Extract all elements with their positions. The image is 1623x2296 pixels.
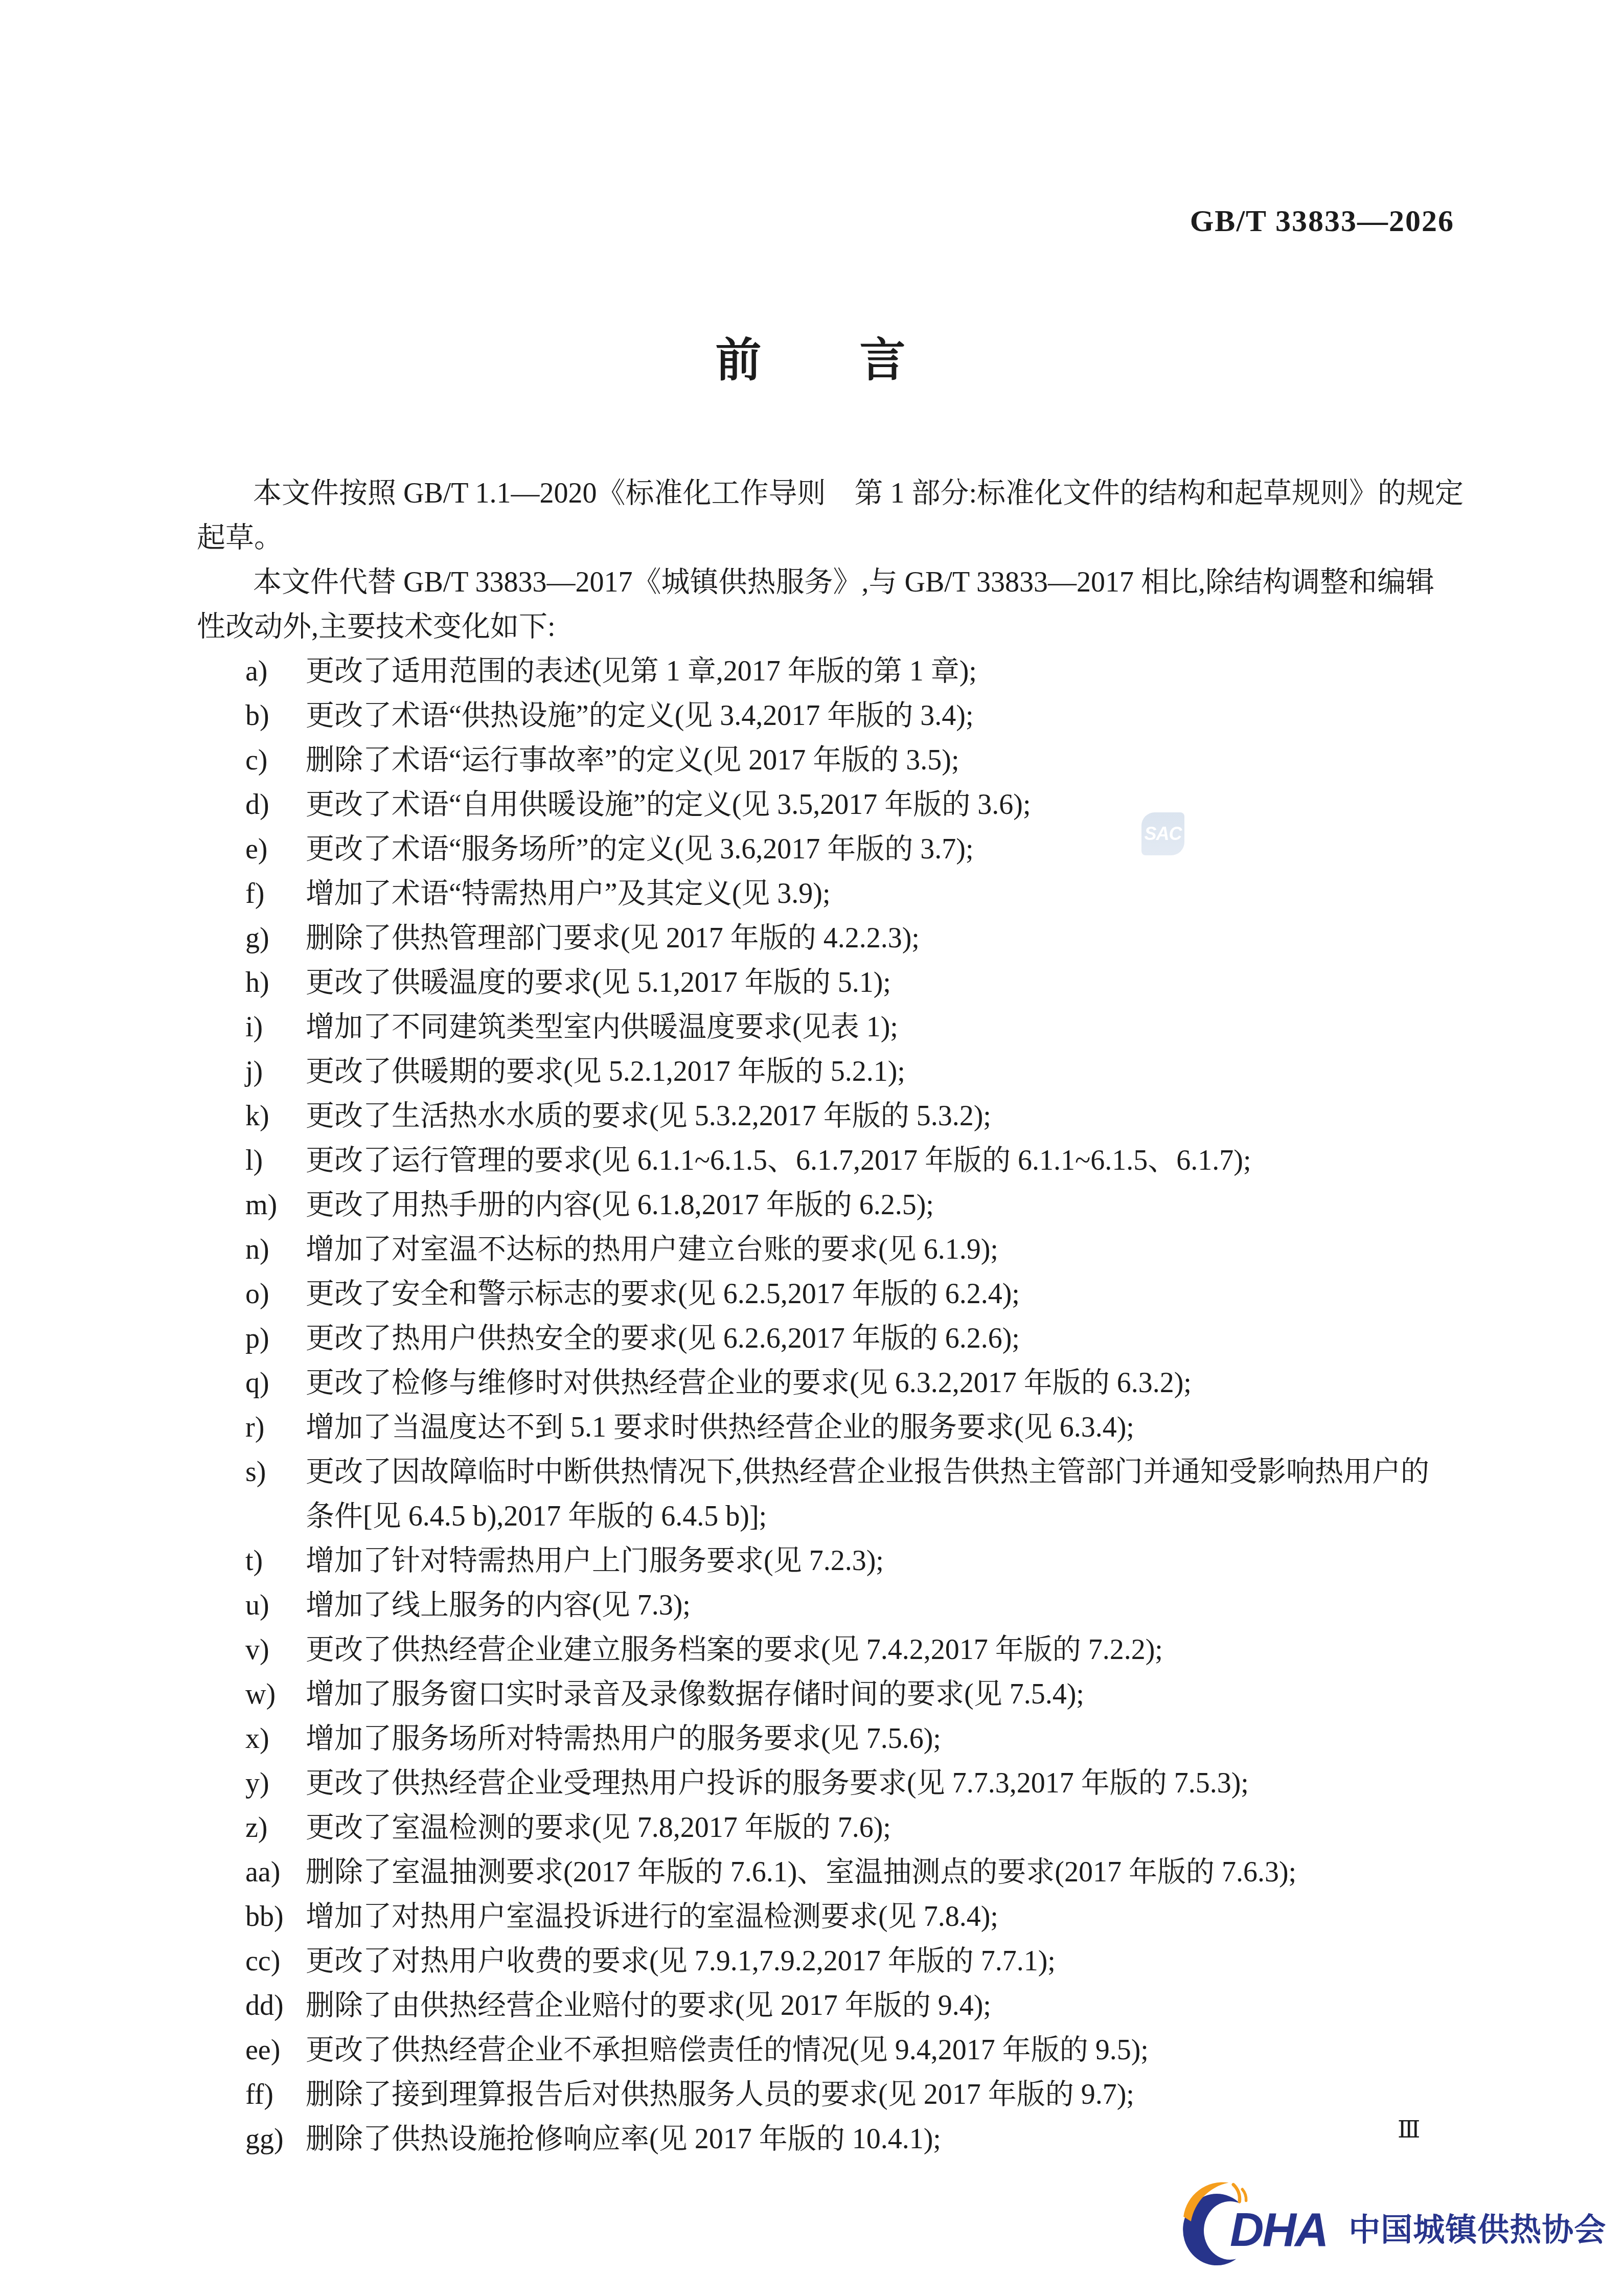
change-label: dd) [245,1984,306,2028]
change-item: z)更改了室温检测的要求(见 7.8,2017 年版的 7.6); [197,1806,1468,1850]
change-text: 增加了线上服务的内容(见 7.3); [306,1583,1468,1628]
change-text-line: 更改了供热经营企业不承担赔偿责任的情况(见 9.4,2017 年版的 9.5); [306,2028,1468,2073]
change-item: g)删除了供热管理部门要求(见 2017 年版的 4.2.2.3); [197,916,1468,961]
change-text-line: 更改了室温检测的要求(见 7.8,2017 年版的 7.6); [306,1806,1468,1850]
change-text: 更改了用热手册的内容(见 6.1.8,2017 年版的 6.2.5); [306,1183,1468,1227]
paragraph-line: 本文件代替 GB/T 33833—2017《城镇供热服务》,与 GB/T 338… [197,560,1468,605]
change-text-line: 删除了接到理算报告后对供热服务人员的要求(见 2017 年版的 9.7); [306,2073,1468,2117]
foreword-paragraph: 本文件按照 GB/T 1.1—2020《标准化工作导则 第 1 部分:标准化文件… [197,471,1468,560]
change-text: 更改了术语“服务场所”的定义(见 3.6,2017 年版的 3.7); [306,827,1468,872]
change-item: u)增加了线上服务的内容(见 7.3); [197,1583,1468,1628]
change-item: aa)删除了室温抽测要求(2017 年版的 7.6.1)、室温抽测点的要求(20… [197,1850,1468,1895]
foreword-body: 本文件按照 GB/T 1.1—2020《标准化工作导则 第 1 部分:标准化文件… [197,471,1468,2162]
change-item: l)更改了运行管理的要求(见 6.1.1~6.1.5、6.1.7,2017 年版… [197,1139,1468,1183]
change-item: x)增加了服务场所对特需热用户的服务要求(见 7.5.6); [197,1717,1468,1761]
change-item: k)更改了生活热水水质的要求(见 5.3.2,2017 年版的 5.3.2); [197,1094,1468,1139]
change-label: o) [245,1272,306,1316]
cdha-logo-name: 中国城镇供热协会 [1348,2204,1606,2250]
change-text: 更改了安全和警示标志的要求(见 6.2.5,2017 年版的 6.2.4); [306,1272,1468,1316]
change-text-line: 更改了术语“自用供暖设施”的定义(见 3.5,2017 年版的 3.6); [306,783,1468,827]
change-label: j) [245,1050,306,1094]
change-label: cc) [245,1939,306,1984]
change-label: i) [245,1005,306,1050]
change-text: 更改了供暖温度的要求(见 5.1,2017 年版的 5.1); [306,961,1468,1005]
change-item: i)增加了不同建筑类型室内供暖温度要求(见表 1); [197,1005,1468,1050]
change-item: e)更改了术语“服务场所”的定义(见 3.6,2017 年版的 3.7); [197,827,1468,872]
change-text-line: 更改了运行管理的要求(见 6.1.1~6.1.5、6.1.7,2017 年版的 … [306,1139,1468,1183]
change-text-line: 更改了供暖期的要求(见 5.2.1,2017 年版的 5.2.1); [306,1050,1468,1094]
foreword-paragraph: 本文件代替 GB/T 33833—2017《城镇供热服务》,与 GB/T 338… [197,560,1468,649]
change-text-line: 增加了针对特需热用户上门服务要求(见 7.2.3); [306,1539,1468,1583]
change-label: t) [245,1539,306,1583]
change-label: aa) [245,1850,306,1895]
change-label: l) [245,1139,306,1183]
change-text: 删除了供热管理部门要求(见 2017 年版的 4.2.2.3); [306,916,1468,961]
change-label: c) [245,738,306,783]
cdha-logo: DHA 中国城镇供热协会 [1176,2179,1606,2268]
change-text: 更改了检修与维修时对供热经营企业的要求(见 6.3.2,2017 年版的 6.3… [306,1361,1468,1405]
change-text: 增加了不同建筑类型室内供暖温度要求(见表 1); [306,1005,1468,1050]
foreword-paragraphs: 本文件按照 GB/T 1.1—2020《标准化工作导则 第 1 部分:标准化文件… [197,471,1468,649]
change-text-line: 更改了供热经营企业建立服务档案的要求(见 7.4.2,2017 年版的 7.2.… [306,1628,1468,1672]
change-item: gg)删除了供热设施抢修响应率(见 2017 年版的 10.4.1); [197,2117,1468,2162]
change-text: 增加了服务窗口实时录音及录像数据存储时间的要求(见 7.5.4); [306,1672,1468,1717]
change-text-line: 更改了安全和警示标志的要求(见 6.2.5,2017 年版的 6.2.4); [306,1272,1468,1316]
change-label: k) [245,1094,306,1139]
change-text: 更改了术语“自用供暖设施”的定义(见 3.5,2017 年版的 3.6); [306,783,1468,827]
change-label: d) [245,783,306,827]
change-text: 更改了生活热水水质的要求(见 5.3.2,2017 年版的 5.3.2); [306,1094,1468,1139]
change-text-line: 增加了不同建筑类型室内供暖温度要求(见表 1); [306,1005,1468,1050]
change-item: t)增加了针对特需热用户上门服务要求(见 7.2.3); [197,1539,1468,1583]
change-text-line: 删除了室温抽测要求(2017 年版的 7.6.1)、室温抽测点的要求(2017 … [306,1850,1468,1895]
change-label: w) [245,1672,306,1717]
change-text: 更改了运行管理的要求(见 6.1.1~6.1.5、6.1.7,2017 年版的 … [306,1139,1468,1183]
change-item: cc)更改了对热用户收费的要求(见 7.9.1,7.9.2,2017 年版的 7… [197,1939,1468,1984]
doc-code: GB/T 33833—2026 [1190,203,1454,239]
change-text-line: 条件[见 6.4.5 b),2017 年版的 6.4.5 b)]; [306,1494,1468,1539]
paragraph-line: 起草。 [197,516,1468,560]
change-text: 更改了热用户供热安全的要求(见 6.2.6,2017 年版的 6.2.6); [306,1316,1468,1361]
change-text: 更改了因故障临时中断供热情况下,供热经营企业报告供热主管部门并通知受影响热用户的… [306,1450,1468,1539]
change-item: v)更改了供热经营企业建立服务档案的要求(见 7.4.2,2017 年版的 7.… [197,1628,1468,1672]
change-item: j)更改了供暖期的要求(见 5.2.1,2017 年版的 5.2.1); [197,1050,1468,1094]
change-item: d)更改了术语“自用供暖设施”的定义(见 3.5,2017 年版的 3.6); [197,783,1468,827]
change-item: q)更改了检修与维修时对供热经营企业的要求(见 6.3.2,2017 年版的 6… [197,1361,1468,1405]
change-label: ff) [245,2073,306,2117]
change-item: a)更改了适用范围的表述(见第 1 章,2017 年版的第 1 章); [197,649,1468,694]
change-label: p) [245,1316,306,1361]
change-item: h)更改了供暖温度的要求(见 5.1,2017 年版的 5.1); [197,961,1468,1005]
change-label: ee) [245,2028,306,2073]
paragraph-line: 性改动外,主要技术变化如下: [197,605,1468,649]
change-item: p)更改了热用户供热安全的要求(见 6.2.6,2017 年版的 6.2.6); [197,1316,1468,1361]
change-text: 增加了对室温不达标的热用户建立台账的要求(见 6.1.9); [306,1227,1468,1272]
change-text-line: 增加了对室温不达标的热用户建立台账的要求(见 6.1.9); [306,1227,1468,1272]
change-text-line: 更改了热用户供热安全的要求(见 6.2.6,2017 年版的 6.2.6); [306,1316,1468,1361]
change-label: g) [245,916,306,961]
change-label: h) [245,961,306,1005]
cdha-logo-abbr: DHA [1230,2203,1327,2257]
document-page: GB/T 33833—2026 前 言 SAC 本文件按照 GB/T 1.1—2… [0,0,1623,2296]
change-text-line: 增加了线上服务的内容(见 7.3); [306,1583,1468,1628]
change-text-line: 删除了供热管理部门要求(见 2017 年版的 4.2.2.3); [306,916,1468,961]
changes-list: a)更改了适用范围的表述(见第 1 章,2017 年版的第 1 章);b)更改了… [197,649,1468,2162]
change-text: 增加了术语“特需热用户”及其定义(见 3.9); [306,872,1468,916]
change-label: bb) [245,1895,306,1939]
change-text-line: 增加了对热用户室温投诉进行的室温检测要求(见 7.8.4); [306,1895,1468,1939]
change-text-line: 更改了生活热水水质的要求(见 5.3.2,2017 年版的 5.3.2); [306,1094,1468,1139]
change-item: ff)删除了接到理算报告后对供热服务人员的要求(见 2017 年版的 9.7); [197,2073,1468,2117]
change-text-line: 更改了术语“服务场所”的定义(见 3.6,2017 年版的 3.7); [306,827,1468,872]
change-label: e) [245,827,306,872]
change-text-line: 更改了检修与维修时对供热经营企业的要求(见 6.3.2,2017 年版的 6.3… [306,1361,1468,1405]
change-label: x) [245,1717,306,1761]
change-text: 增加了当温度达不到 5.1 要求时供热经营企业的服务要求(见 6.3.4); [306,1405,1468,1450]
change-text-line: 更改了术语“供热设施”的定义(见 3.4,2017 年版的 3.4); [306,694,1468,738]
change-text-line: 删除了供热设施抢修响应率(见 2017 年版的 10.4.1); [306,2117,1468,2162]
change-item: s)更改了因故障临时中断供热情况下,供热经营企业报告供热主管部门并通知受影响热用… [197,1450,1468,1539]
change-label: u) [245,1583,306,1628]
paragraph-line: 本文件按照 GB/T 1.1—2020《标准化工作导则 第 1 部分:标准化文件… [197,471,1468,516]
change-item: ee)更改了供热经营企业不承担赔偿责任的情况(见 9.4,2017 年版的 9.… [197,2028,1468,2073]
change-label: f) [245,872,306,916]
change-label: s) [245,1450,306,1494]
change-label: gg) [245,2117,306,2162]
change-text: 删除了接到理算报告后对供热服务人员的要求(见 2017 年版的 9.7); [306,2073,1468,2117]
change-label: b) [245,694,306,738]
change-text: 更改了术语“供热设施”的定义(见 3.4,2017 年版的 3.4); [306,694,1468,738]
change-text: 删除了术语“运行事故率”的定义(见 2017 年版的 3.5); [306,738,1468,783]
change-text-line: 删除了术语“运行事故率”的定义(见 2017 年版的 3.5); [306,738,1468,783]
change-text: 删除了室温抽测要求(2017 年版的 7.6.1)、室温抽测点的要求(2017 … [306,1850,1468,1895]
change-text-line: 更改了因故障临时中断供热情况下,供热经营企业报告供热主管部门并通知受影响热用户的 [306,1450,1468,1494]
change-item: n)增加了对室温不达标的热用户建立台账的要求(见 6.1.9); [197,1227,1468,1272]
change-text: 更改了供热经营企业受理热用户投诉的服务要求(见 7.7.3,2017 年版的 7… [306,1761,1468,1806]
change-text-line: 删除了由供热经营企业赔付的要求(见 2017 年版的 9.4); [306,1984,1468,2028]
change-text: 增加了服务场所对特需热用户的服务要求(见 7.5.6); [306,1717,1468,1761]
change-item: w)增加了服务窗口实时录音及录像数据存储时间的要求(见 7.5.4); [197,1672,1468,1717]
change-item: c)删除了术语“运行事故率”的定义(见 2017 年版的 3.5); [197,738,1468,783]
change-label: n) [245,1227,306,1272]
change-text-line: 增加了当温度达不到 5.1 要求时供热经营企业的服务要求(见 6.3.4); [306,1405,1468,1450]
change-text: 更改了供热经营企业建立服务档案的要求(见 7.4.2,2017 年版的 7.2.… [306,1628,1468,1672]
change-text: 删除了供热设施抢修响应率(见 2017 年版的 10.4.1); [306,2117,1468,2162]
change-label: z) [245,1806,306,1850]
change-item: f)增加了术语“特需热用户”及其定义(见 3.9); [197,872,1468,916]
change-item: o)更改了安全和警示标志的要求(见 6.2.5,2017 年版的 6.2.4); [197,1272,1468,1316]
change-text: 更改了供暖期的要求(见 5.2.1,2017 年版的 5.2.1); [306,1050,1468,1094]
change-text-line: 更改了供热经营企业受理热用户投诉的服务要求(见 7.7.3,2017 年版的 7… [306,1761,1468,1806]
change-text-line: 更改了对热用户收费的要求(见 7.9.1,7.9.2,2017 年版的 7.7.… [306,1939,1468,1984]
change-item: m)更改了用热手册的内容(见 6.1.8,2017 年版的 6.2.5); [197,1183,1468,1227]
change-item: r)增加了当温度达不到 5.1 要求时供热经营企业的服务要求(见 6.3.4); [197,1405,1468,1450]
change-text: 增加了对热用户室温投诉进行的室温检测要求(见 7.8.4); [306,1895,1468,1939]
change-text: 更改了供热经营企业不承担赔偿责任的情况(见 9.4,2017 年版的 9.5); [306,2028,1468,2073]
change-label: m) [245,1183,306,1227]
change-label: r) [245,1405,306,1450]
change-text-line: 增加了术语“特需热用户”及其定义(见 3.9); [306,872,1468,916]
change-label: y) [245,1761,306,1806]
change-text-line: 更改了供暖温度的要求(见 5.1,2017 年版的 5.1); [306,961,1468,1005]
change-text: 更改了对热用户收费的要求(见 7.9.1,7.9.2,2017 年版的 7.7.… [306,1939,1468,1984]
change-text: 更改了适用范围的表述(见第 1 章,2017 年版的第 1 章); [306,649,1468,694]
change-text-line: 更改了适用范围的表述(见第 1 章,2017 年版的第 1 章); [306,649,1468,694]
change-label: q) [245,1361,306,1405]
change-item: y)更改了供热经营企业受理热用户投诉的服务要求(见 7.7.3,2017 年版的… [197,1761,1468,1806]
change-text-line: 增加了服务窗口实时录音及录像数据存储时间的要求(见 7.5.4); [306,1672,1468,1717]
change-text: 删除了由供热经营企业赔付的要求(见 2017 年版的 9.4); [306,1984,1468,2028]
change-item: b)更改了术语“供热设施”的定义(见 3.4,2017 年版的 3.4); [197,694,1468,738]
change-item: dd)删除了由供热经营企业赔付的要求(见 2017 年版的 9.4); [197,1984,1468,2028]
change-item: bb)增加了对热用户室温投诉进行的室温检测要求(见 7.8.4); [197,1895,1468,1939]
change-label: a) [245,649,306,694]
change-text: 更改了室温检测的要求(见 7.8,2017 年版的 7.6); [306,1806,1468,1850]
change-label: v) [245,1628,306,1672]
change-text-line: 更改了用热手册的内容(见 6.1.8,2017 年版的 6.2.5); [306,1183,1468,1227]
change-text: 增加了针对特需热用户上门服务要求(见 7.2.3); [306,1539,1468,1583]
change-text-line: 增加了服务场所对特需热用户的服务要求(见 7.5.6); [306,1717,1468,1761]
page-title: 前 言 [0,337,1623,383]
